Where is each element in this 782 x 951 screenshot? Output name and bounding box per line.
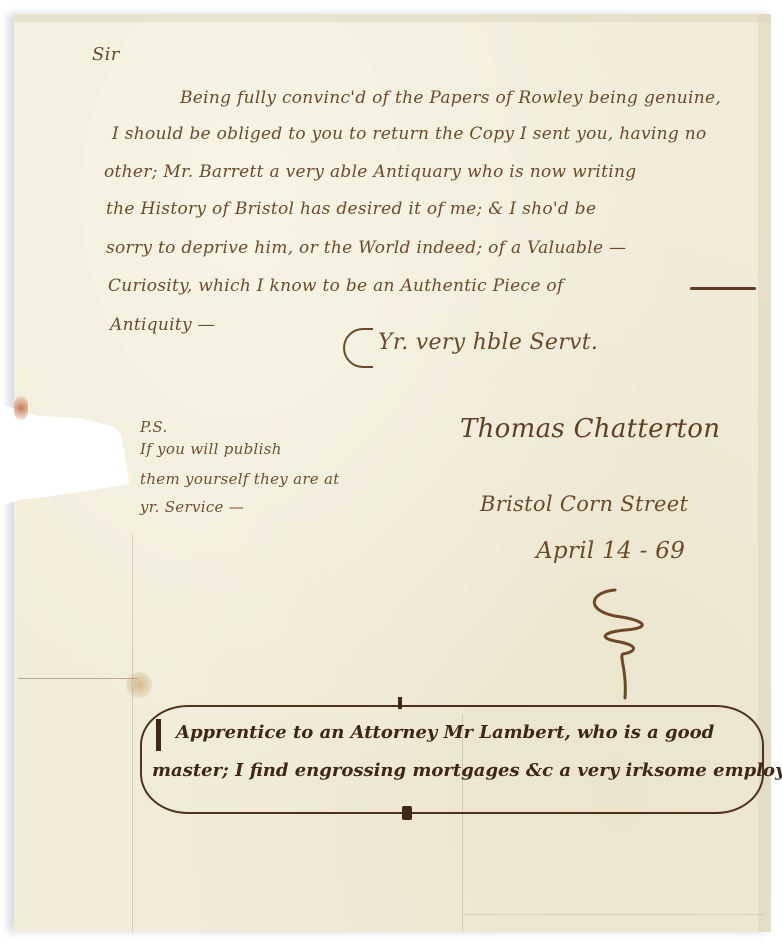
body-line-6: Curiosity, which I know to be an Authent…: [108, 276, 564, 296]
salutation: Sir: [92, 44, 120, 65]
annotation-bracket-icon: [156, 719, 161, 751]
line-filler-dash: [690, 287, 756, 290]
signature: Thomas Chatterton: [460, 414, 720, 444]
wax-seal-stain: [14, 396, 28, 420]
body-line-7: Antiquity —: [110, 315, 215, 335]
top-fold-edge: [14, 14, 771, 22]
paper-crease: [18, 678, 138, 679]
postscript-label: P.S.: [140, 418, 168, 436]
body-line-1: Being fully convinc'd of the Papers of R…: [180, 88, 721, 108]
postscript-line-2: them yourself they are at: [140, 470, 340, 488]
postscript-line-1: If you will publish: [140, 440, 282, 458]
annotation-tick-top: [398, 697, 402, 709]
annotation-tick-bottom: [402, 806, 412, 820]
body-line-5: sorry to deprive him, or the World indee…: [106, 238, 626, 258]
right-fold-edge: [758, 14, 771, 932]
horizontal-fold-bottom: [464, 914, 764, 915]
body-line-3: other; Mr. Barrett a very able Antiquary…: [104, 162, 636, 182]
postscript-line-3: yr. Service —: [140, 498, 244, 516]
water-stain: [126, 672, 152, 698]
signature-flourish-icon: [585, 580, 655, 700]
annotation-line-2: master; I find engrossing mortgages &c a…: [152, 760, 782, 781]
body-line-2: I should be obliged to you to return the…: [112, 124, 707, 144]
body-line-4: the History of Bristol has desired it of…: [106, 199, 596, 219]
vertical-fold-left: [132, 534, 133, 932]
date: April 14 - 69: [536, 538, 685, 564]
address: Bristol Corn Street: [480, 492, 688, 516]
annotation-line-1: Apprentice to an Attorney Mr Lambert, wh…: [176, 722, 714, 743]
closing: Yr. very hble Servt.: [378, 330, 598, 355]
